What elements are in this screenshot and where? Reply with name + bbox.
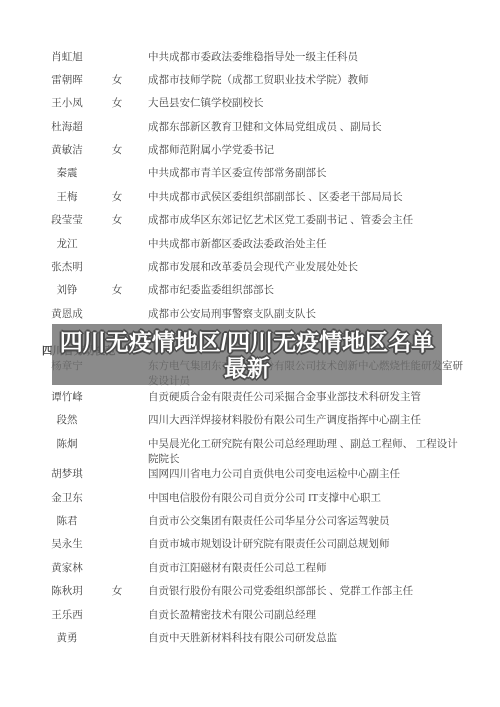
person-name: 黄家林 (38, 561, 96, 576)
person-name: 肖虹旭 (38, 50, 96, 65)
table-row: 杜海超 成都东部新区教育卫健和文体局党组成员 、副局长 (0, 120, 500, 135)
table-row: 陈秋玥 女 自贡银行股份有限公司党委组织部部长 、党群工作部主任 (0, 584, 500, 599)
person-position: 自贡长盈精密技术有限公司副总经理 (148, 608, 463, 623)
document-page: 肖虹旭 中共成都市委政法委维稳指导处一级主任科员 雷朝晖 女 成都市技师学院（成… (0, 0, 500, 707)
table-row: 龙江 中共成都市新都区委政法委政治处主任 (0, 237, 500, 252)
watermark-title-line1: 四川无疫情地区/四川无疫情地区名单 (60, 329, 434, 355)
table-row: 陈君 自贡市公交集团有限责任公司华星分公司客运驾驶员 (0, 514, 500, 529)
table-row: 谭竹峰 自贡硬质合金有限责任公司采掘合金事业部技术科研发主管 (0, 390, 500, 405)
table-row: 吴永生 自贡市城市规划设计研究院有限责任公司副总规划师 (0, 537, 500, 552)
person-name: 陈君 (38, 514, 96, 529)
person-gender: 女 (96, 143, 138, 158)
person-position: 成都市纪委监委组织部部长 (148, 283, 463, 298)
person-name: 王小凤 (38, 96, 96, 111)
person-position: 中共成都市委政法委维稳指导处一级主任科员 (148, 50, 463, 65)
person-name: 杜海超 (38, 120, 96, 135)
person-position: 大邑县安仁镇学校副校长 (148, 96, 463, 111)
person-name: 段然 (38, 413, 96, 428)
person-gender: 女 (96, 190, 138, 205)
person-position: 成都师范附属小学党委书记 (148, 143, 463, 158)
person-gender: 女 (96, 213, 138, 228)
person-name: 张杰明 (38, 260, 96, 275)
person-position: 自贡市江阳磁材有限责任公司总工程师 (148, 561, 463, 576)
sichuan-labor-model-list: 杨章宁 东方电气集团东方锅炉股份有限公司技术创新中心燃烧性能研发室研发设计员 谭… (0, 359, 500, 646)
person-position: 成都市发展和改革委员会现代产业发展处处长 (148, 260, 463, 275)
person-position: 成都市公安局刑事警察支队副支队长 (148, 307, 463, 322)
person-name: 刘铮 (38, 283, 96, 298)
person-position: 中国电信股份有限公司自贡分公司 IT支撑中心职工 (148, 491, 463, 506)
table-row: 黄勇 自贡中天胜新材料科技有限公司研发总监 (0, 631, 500, 646)
table-row: 黄敏洁 女 成都师范附属小学党委书记 (0, 143, 500, 158)
person-position: 四川大西洋焊接材料股份有限公司生产调度指挥中心副主任 (148, 413, 463, 428)
table-row: 黄恩成 成都市公安局刑事警察支队副支队长 (0, 307, 500, 322)
person-position: 中昊晨光化工研究院有限公司总经理助理 、副总工程师、 工程设计院院长 (148, 437, 463, 467)
person-position: 国网四川省电力公司自贡供电公司变电运检中心副主任 (148, 467, 463, 482)
table-row: 张杰明 成都市发展和改革委员会现代产业发展处处长 (0, 260, 500, 275)
person-name: 段莹莹 (38, 213, 96, 228)
person-gender: 女 (96, 584, 138, 599)
table-row: 雷朝晖 女 成都市技师学院（成都工贸职业技术学院）教师 (0, 73, 500, 88)
person-name: 黄勇 (38, 631, 96, 646)
table-row: 金卫东 中国电信股份有限公司自贡分公司 IT支撑中心职工 (0, 491, 500, 506)
person-name: 龙江 (38, 237, 96, 252)
chengdu-honor-list: 肖虹旭 中共成都市委政法委维稳指导处一级主任科员 雷朝晖 女 成都市技师学院（成… (0, 0, 500, 322)
person-gender: 女 (96, 96, 138, 111)
person-position: 成都市技师学院（成都工贸职业技术学院）教师 (148, 73, 463, 88)
person-name: 谭竹峰 (38, 390, 96, 405)
table-row: 刘铮 女 成都市纪委监委组织部部长 (0, 283, 500, 298)
person-position: 成都东部新区教育卫健和文体局党组成员 、副局长 (148, 120, 463, 135)
person-name: 黄恩成 (38, 307, 96, 322)
person-name: 陈炯 (38, 437, 96, 452)
watermark-title-line2: 最新 (224, 355, 270, 381)
table-row: 王梅 女 中共成都市武侯区委组织部副部长 、区委老干部局局长 (0, 190, 500, 205)
person-gender: 女 (96, 73, 138, 88)
person-name: 陈秋玥 (38, 584, 96, 599)
person-name: 雷朝晖 (38, 73, 96, 88)
person-position: 自贡中天胜新材料科技有限公司研发总监 (148, 631, 463, 646)
table-row: 秦震 中共成都市青羊区委宣传部常务副部长 (0, 166, 500, 181)
watermark-banner: 四川无疫情地区/四川无疫情地区名单 最新 (52, 324, 442, 385)
table-row: 胡梦琪 国网四川省电力公司自贡供电公司变电运检中心副主任 (0, 467, 500, 482)
person-position: 中共成都市青羊区委宣传部常务副部长 (148, 166, 463, 181)
person-name: 秦震 (38, 166, 96, 181)
person-position: 自贡硬质合金有限责任公司采掘合金事业部技术科研发主管 (148, 390, 463, 405)
table-row: 黄家林 自贡市江阳磁材有限责任公司总工程师 (0, 561, 500, 576)
person-position: 自贡市城市规划设计研究院有限责任公司副总规划师 (148, 537, 463, 552)
person-name: 金卫东 (38, 491, 96, 506)
person-position: 中共成都市新都区委政法委政治处主任 (148, 237, 463, 252)
person-position: 中共成都市武侯区委组织部副部长 、区委老干部局局长 (148, 190, 463, 205)
table-row: 段莹莹 女 成都市成华区东郊记忆艺术区党工委副书记 、管委会主任 (0, 213, 500, 228)
person-name: 王乐西 (38, 608, 96, 623)
person-name: 黄敏洁 (38, 143, 96, 158)
table-row: 王小凤 女 大邑县安仁镇学校副校长 (0, 96, 500, 111)
table-row: 王乐西 自贡长盈精密技术有限公司副总经理 (0, 608, 500, 623)
person-name: 胡梦琪 (38, 467, 96, 482)
person-position: 成都市成华区东郊记忆艺术区党工委副书记 、管委会主任 (148, 213, 463, 228)
table-row: 陈炯 中昊晨光化工研究院有限公司总经理助理 、副总工程师、 工程设计院院长 (0, 437, 500, 467)
person-name: 吴永生 (38, 537, 96, 552)
table-row: 肖虹旭 中共成都市委政法委维稳指导处一级主任科员 (0, 50, 500, 65)
person-gender: 女 (96, 283, 138, 298)
person-position: 自贡市公交集团有限责任公司华星分公司客运驾驶员 (148, 514, 463, 529)
person-position: 自贡银行股份有限公司党委组织部部长 、党群工作部主任 (148, 584, 463, 599)
table-row: 段然 四川大西洋焊接材料股份有限公司生产调度指挥中心副主任 (0, 413, 500, 428)
person-name: 王梅 (38, 190, 96, 205)
